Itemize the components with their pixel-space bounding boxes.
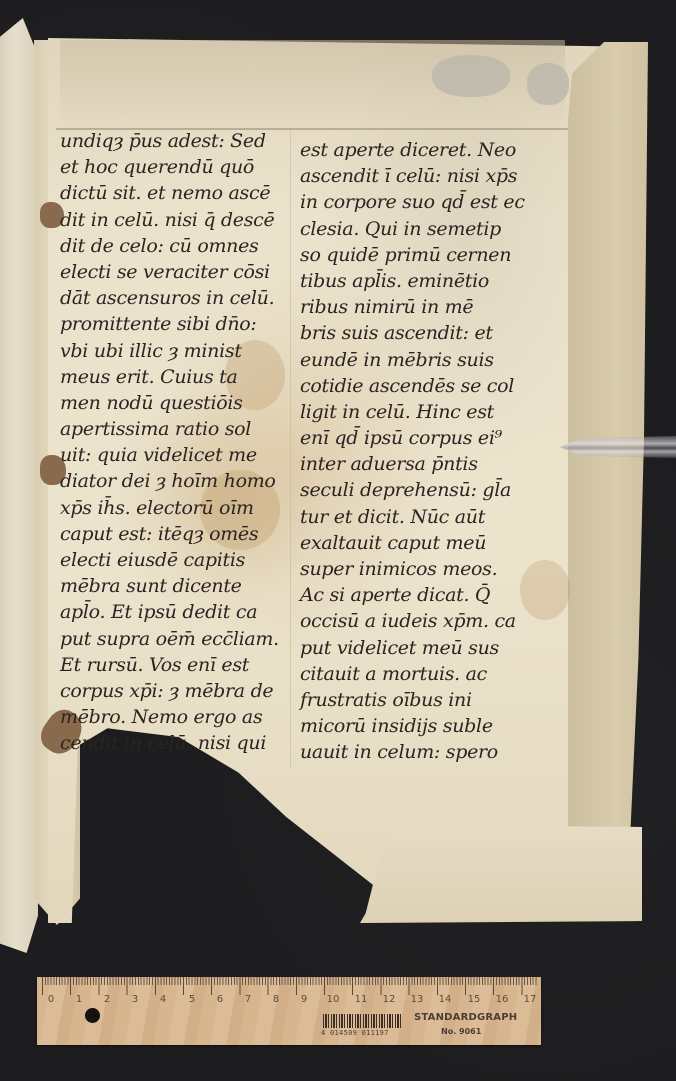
ruler-brand: STANDARDGRAPH — [414, 1012, 517, 1023]
ruling-line-column — [290, 128, 291, 768]
text-line: est aperte diceret. Neo — [300, 137, 525, 163]
text-line: Et rursū. Vos enī est — [60, 652, 270, 678]
ruler-label: 5 — [189, 994, 195, 1005]
text-line: exaltauit caput meū — [300, 530, 525, 556]
ruler-label: 16 — [496, 994, 509, 1005]
ruler-major-ticks — [42, 977, 537, 995]
ruler-label: 13 — [411, 994, 424, 1005]
text-line: put supra oēm̄ ecc̄liam. — [60, 626, 270, 652]
text-column-right: est aperte diceret. Neo ascendit ī celū:… — [300, 137, 525, 766]
ruler-label: 10 — [327, 994, 340, 1005]
ruler-label: 11 — [355, 994, 368, 1005]
text-line: electi se veraciter cōsi — [60, 259, 270, 285]
ruler-label: 0 — [48, 994, 54, 1005]
text-line: xp̄s ih̄s. electorū oīm — [60, 495, 270, 521]
ruler-label: 8 — [273, 994, 279, 1005]
text-line: vbi ubi illic ȝ minist — [60, 338, 270, 364]
ruler-label: 7 — [245, 994, 251, 1005]
text-line: ascendit ī celū: nisi xp̄s — [300, 163, 525, 189]
text-line: clesia. Qui in semetip — [300, 216, 525, 242]
ruler-label: 4 — [160, 994, 166, 1005]
text-line: caput est: itēqȝ omēs — [60, 521, 270, 547]
ruler-model: No. 9061 — [441, 1027, 481, 1036]
text-line: enī qd̄ ipsū corpus ei⁹ — [300, 425, 525, 451]
text-line: frustratis oībus ini — [300, 687, 525, 713]
text-line: promittente sibi dn̄o: — [60, 311, 270, 337]
parchment-loss-2 — [527, 63, 569, 105]
text-line: dāt ascensuros in celū. — [60, 285, 270, 311]
text-line: apertissima ratio sol — [60, 416, 270, 442]
text-line: dictū sit. et nemo ascē — [60, 180, 270, 206]
ruler-label: 2 — [104, 994, 110, 1005]
parchment-loss-1 — [432, 55, 510, 97]
text-line: in corpore suo qd̄ est ec — [300, 189, 525, 215]
text-line: bris suis ascendit: et — [300, 320, 525, 346]
text-line: seculi deprehensū: gl̄a — [300, 477, 525, 503]
text-line: Ac si aperte dicat. Q̄ — [300, 582, 525, 608]
text-line: so quidē primū cernen — [300, 242, 525, 268]
text-line: men nodū questiōis — [60, 390, 270, 416]
text-line: ligit in celū. Hinc est — [300, 399, 525, 425]
scale-ruler: 0 1 2 3 4 5 6 7 8 9 10 11 12 13 14 15 16… — [37, 977, 541, 1045]
ruler-hanging-hole — [85, 1008, 100, 1023]
ruler-label: 6 — [217, 994, 223, 1005]
text-line: mēbra sunt dicente — [60, 573, 270, 599]
text-line: eundē in mēbris suis — [300, 347, 525, 373]
text-line: dit in celū. nisi q̄ descē — [60, 207, 270, 233]
text-line: undiqȝ p̄us adest: Sed — [60, 128, 270, 154]
text-line: put videlicet meū sus — [300, 635, 525, 661]
text-line: meus erit. Cuius ta — [60, 364, 270, 390]
ruler-label: 14 — [439, 994, 452, 1005]
adjacent-leaf-left — [0, 18, 38, 953]
text-line: citauit a mortuis. ac — [300, 661, 525, 687]
ruler-label: 17 — [524, 994, 537, 1005]
ruler-label: 9 — [301, 994, 307, 1005]
text-line: mēbro. Nemo ergo as — [60, 704, 270, 730]
text-line: cendit in celū. nisi qui — [60, 730, 270, 756]
text-line: uit: quia videlicet me — [60, 442, 270, 468]
text-line: super inimicos meos. — [300, 556, 525, 582]
text-line: inter aduersa p̄ntis — [300, 451, 525, 477]
ruler-label: 15 — [468, 994, 481, 1005]
ruler-label: 3 — [132, 994, 138, 1005]
text-line: apl̄o. Et ipsū dedit ca — [60, 599, 270, 625]
text-line: micorū insidijs suble — [300, 713, 525, 739]
text-line: uauit in celum: spero — [300, 739, 525, 765]
text-line: electi eiusdē capitis — [60, 547, 270, 573]
text-line: corpus xp̄i: ȝ mēbra de — [60, 678, 270, 704]
text-column-left: undiqȝ p̄us adest: Sed et hoc querendū q… — [60, 128, 270, 757]
ruler-label: 1 — [76, 994, 82, 1005]
text-line: cotidie ascendēs se col — [300, 373, 525, 399]
barcode — [323, 1014, 403, 1028]
text-line: occisū a iudeis xp̄m. ca — [300, 608, 525, 634]
text-line: ribus nimirū in mē — [300, 294, 525, 320]
text-line: diator dei ȝ hoīm homo — [60, 468, 270, 494]
text-line: et hoc querendū quō — [60, 154, 270, 180]
text-line: tur et dicit. Nūc aūt — [300, 504, 525, 530]
barcode-number: 4 014509 011197 — [321, 1029, 389, 1037]
folded-bottom-corner — [360, 825, 642, 923]
ruler-label: 12 — [383, 994, 396, 1005]
text-line: dit de celo: cū omnes — [60, 233, 270, 259]
water-stain — [520, 560, 570, 620]
text-line: tibus apl̄is. eminētio — [300, 268, 525, 294]
